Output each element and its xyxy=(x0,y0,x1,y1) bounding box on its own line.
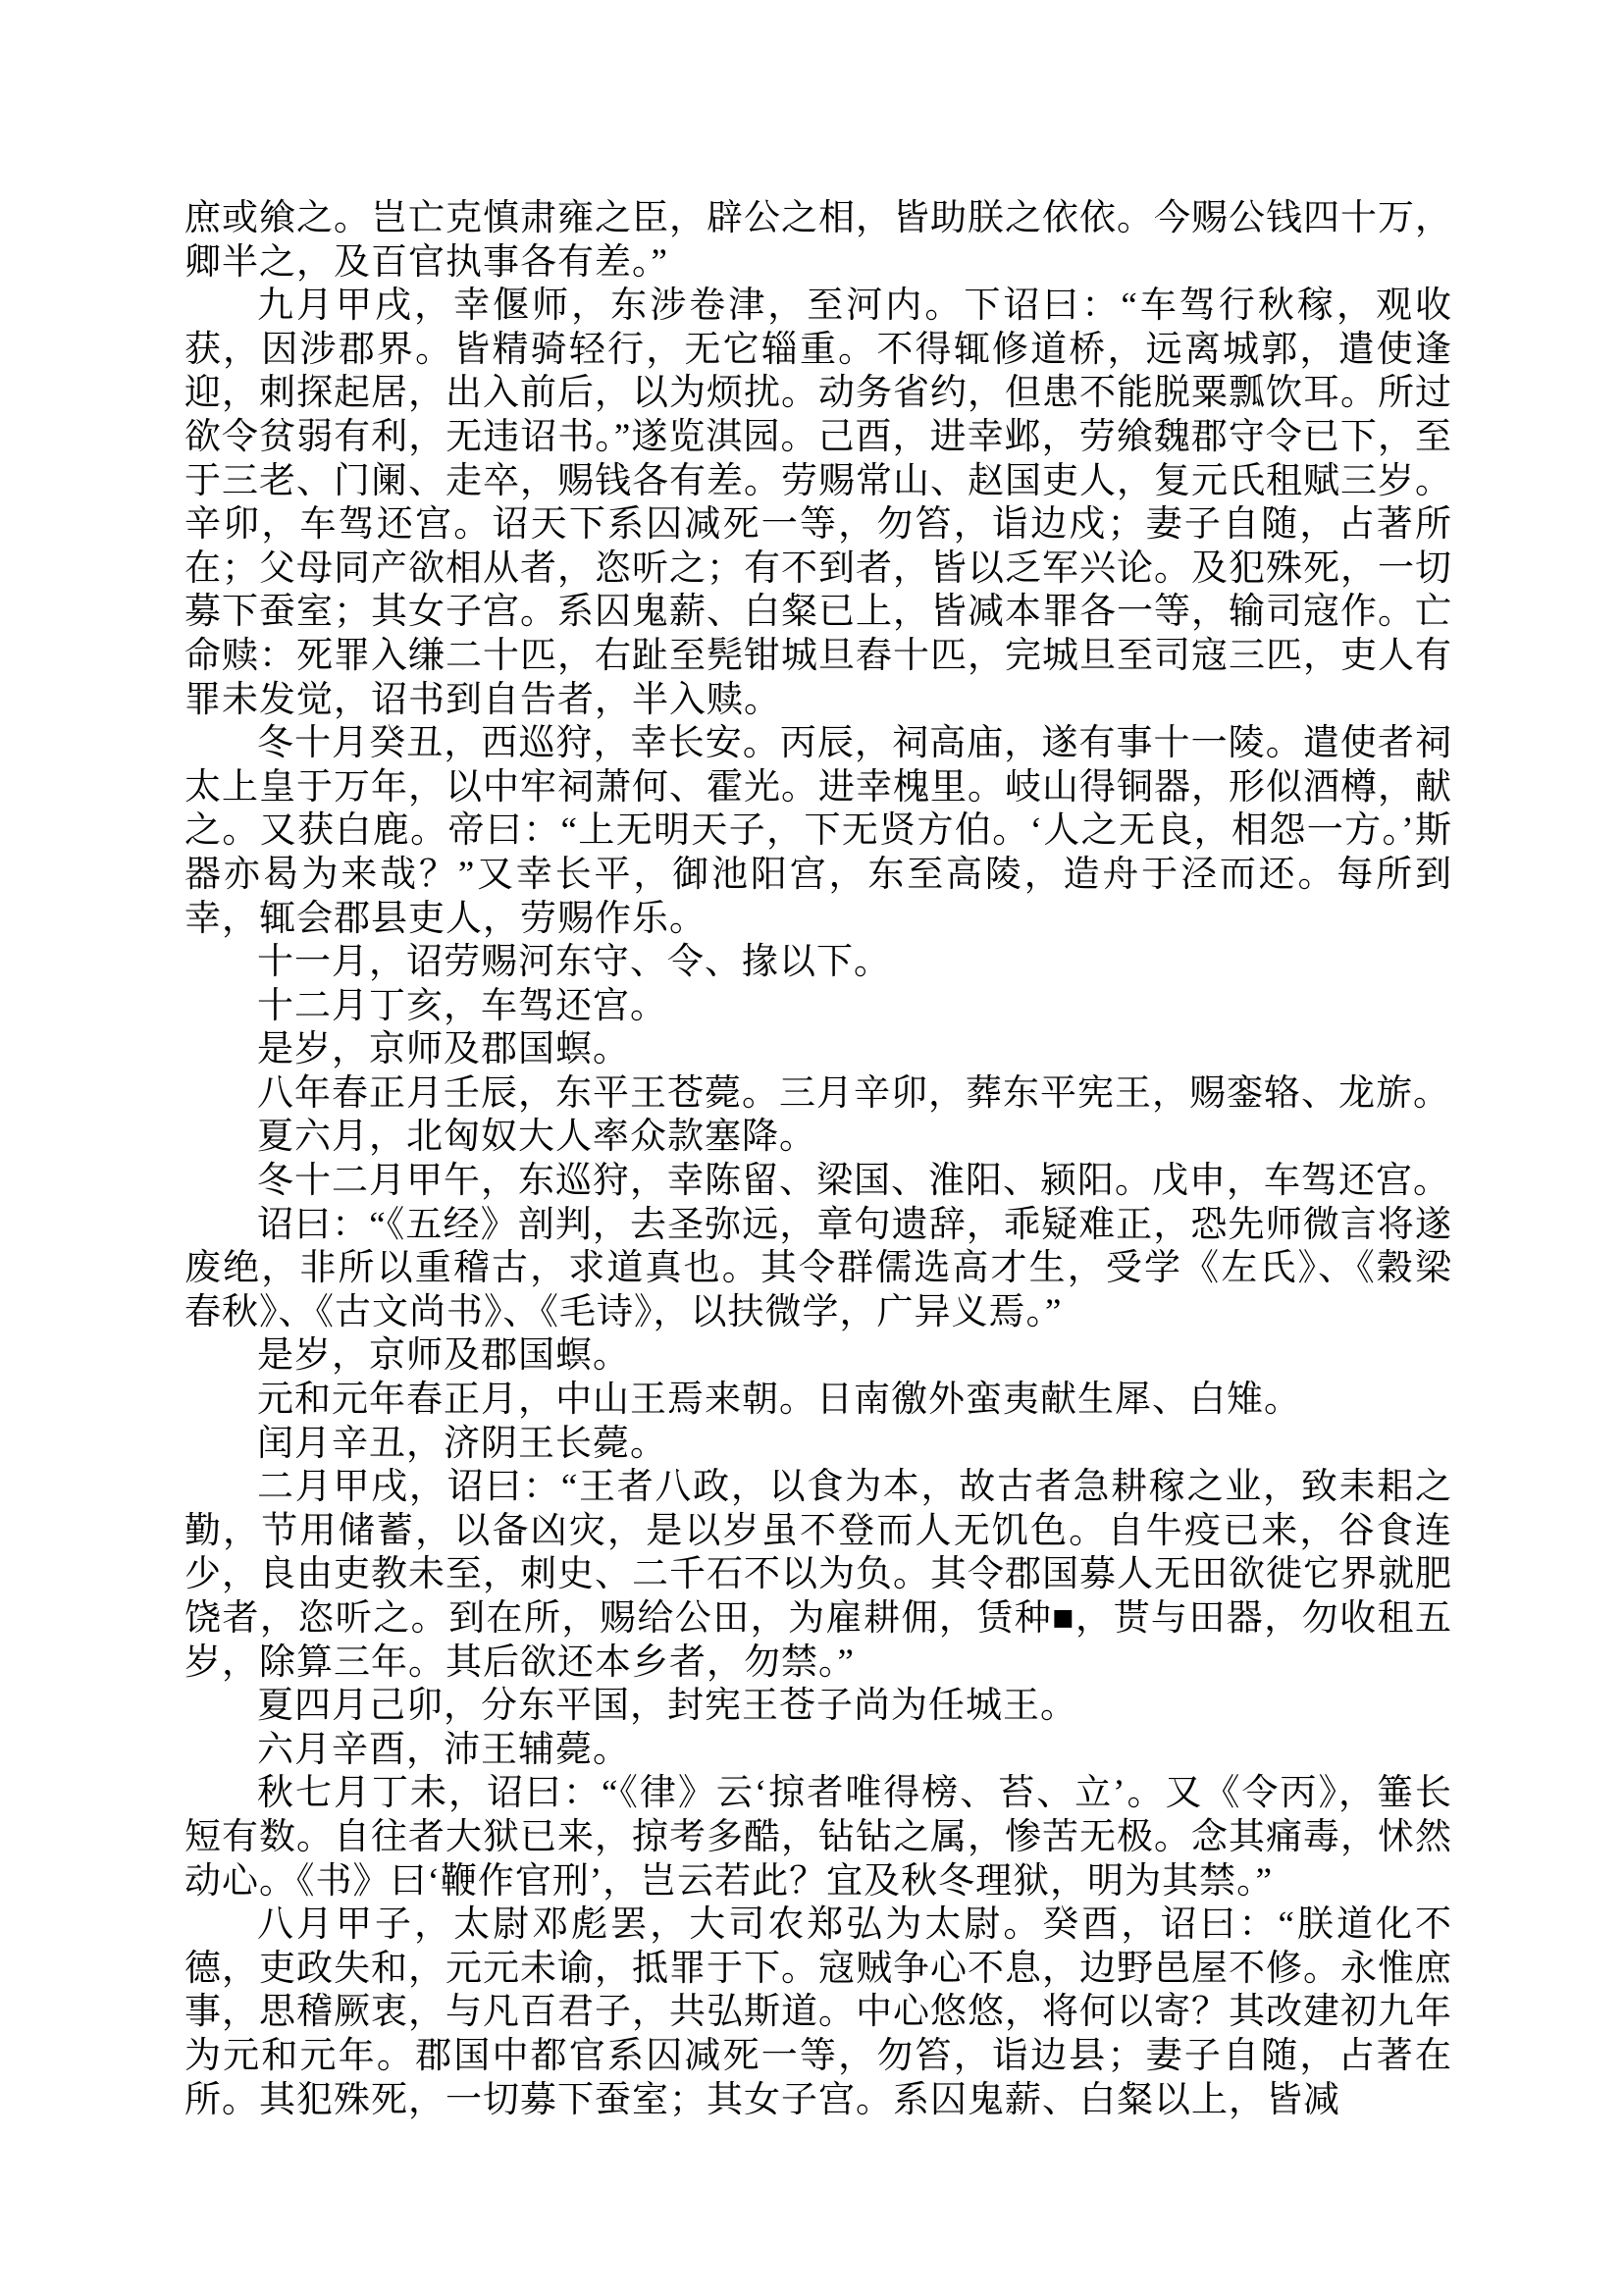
paragraph-17: 秋七月丁未，诏曰：“《律》云‘掠者唯得榜、苔、立’。又《令丙》，箠长短有数。自往… xyxy=(184,1772,1452,1903)
paragraph-9: 冬十二月甲午，东巡狩，幸陈留、梁国、淮阳、颍阳。戊申，车驾还宫。 xyxy=(184,1160,1452,1204)
paragraph-16: 六月辛酉，沛王辅薨。 xyxy=(184,1729,1452,1773)
paragraph-7: 八年春正月壬辰，东平王苍薨。三月辛卯，葬东平宪王，赐銮辂、龙旂。 xyxy=(184,1072,1452,1117)
paragraph-3: 冬十月癸丑，西巡狩，幸长安。丙辰，祠高庙，遂有事十一陵。遣使者祠太上皇于万年，以… xyxy=(184,722,1452,941)
paragraph-10: 诏曰：“《五经》剖判，去圣弥远，章句遗辞，乖疑难正，恐先师微言将遂废绝，非所以重… xyxy=(184,1204,1452,1335)
paragraph-1: 庶或飨之。岂亡克慎肃雍之臣，辟公之相，皆助朕之依依。今赐公钱四十万，卿半之，及百… xyxy=(184,197,1452,285)
paragraph-6: 是岁，京师及郡国螟。 xyxy=(184,1028,1452,1072)
paragraph-8: 夏六月，北匈奴大人率众款塞降。 xyxy=(184,1116,1452,1160)
paragraph-4: 十一月，诏劳赐河东守、令、掾以下。 xyxy=(184,941,1452,985)
document-text-body: 庶或飨之。岂亡克慎肃雍之臣，辟公之相，皆助朕之依依。今赐公钱四十万，卿半之，及百… xyxy=(184,197,1452,2122)
paragraph-11: 是岁，京师及郡国螟。 xyxy=(184,1334,1452,1379)
paragraph-5: 十二月丁亥，车驾还宫。 xyxy=(184,985,1452,1029)
paragraph-2: 九月甲戌，幸偃师，东涉卷津，至河内。下诏曰：“车驾行秋稼，观收获，因涉郡界。皆精… xyxy=(184,285,1452,722)
paragraph-14: 二月甲戌，诏曰：“王者八政，以食为本，故古者急耕稼之业，致耒耜之勤，节用储蓄，以… xyxy=(184,1466,1452,1685)
paragraph-15: 夏四月己卯，分东平国，封宪王苍子尚为任城王。 xyxy=(184,1685,1452,1729)
document-page: 庶或飨之。岂亡克慎肃雍之臣，辟公之相，皆助朕之依依。今赐公钱四十万，卿半之，及百… xyxy=(0,0,1624,2294)
paragraph-13: 闰月辛丑，济阴王长薨。 xyxy=(184,1423,1452,1467)
paragraph-12: 元和元年春正月，中山王焉来朝。日南徼外蛮夷献生犀、白雉。 xyxy=(184,1379,1452,1423)
paragraph-18: 八月甲子，太尉邓彪罢，大司农郑弘为太尉。癸酉，诏曰：“朕道化不德，吏政失和，元元… xyxy=(184,1903,1452,2122)
